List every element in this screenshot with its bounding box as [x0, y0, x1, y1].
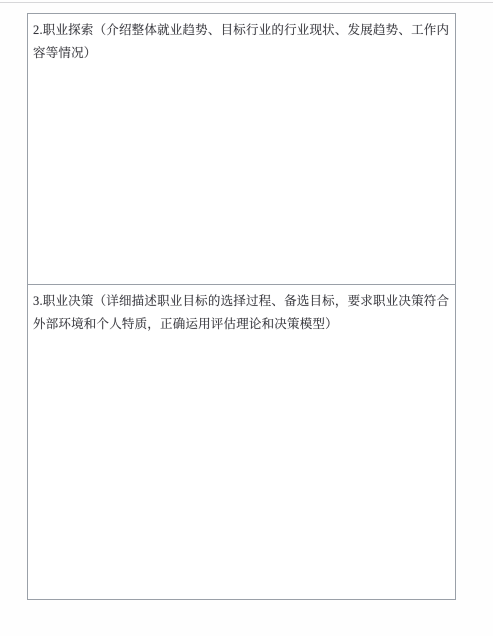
- career-exploration-blank-area: [33, 65, 451, 285]
- top-crop-divider: [0, 2, 493, 3]
- table-row-career-exploration: 2.职业探索（介绍整体就业趋势、目标行业的行业现状、发展趋势、工作内容等情况）: [28, 14, 455, 285]
- scanned-document-page: 2.职业探索（介绍整体就业趋势、目标行业的行业现状、发展趋势、工作内容等情况） …: [0, 0, 493, 636]
- career-decision-label: 3.职业决策（详细描述职业目标的选择过程、备选目标，要求职业决策符合外部环境和个…: [33, 290, 451, 336]
- form-table: 2.职业探索（介绍整体就业趋势、目标行业的行业现状、发展趋势、工作内容等情况） …: [27, 13, 456, 600]
- table-row-career-decision: 3.职业决策（详细描述职业目标的选择过程、备选目标，要求职业决策符合外部环境和个…: [28, 285, 455, 599]
- career-decision-blank-area: [33, 336, 451, 599]
- career-exploration-label: 2.职业探索（介绍整体就业趋势、目标行业的行业现状、发展趋势、工作内容等情况）: [33, 19, 451, 65]
